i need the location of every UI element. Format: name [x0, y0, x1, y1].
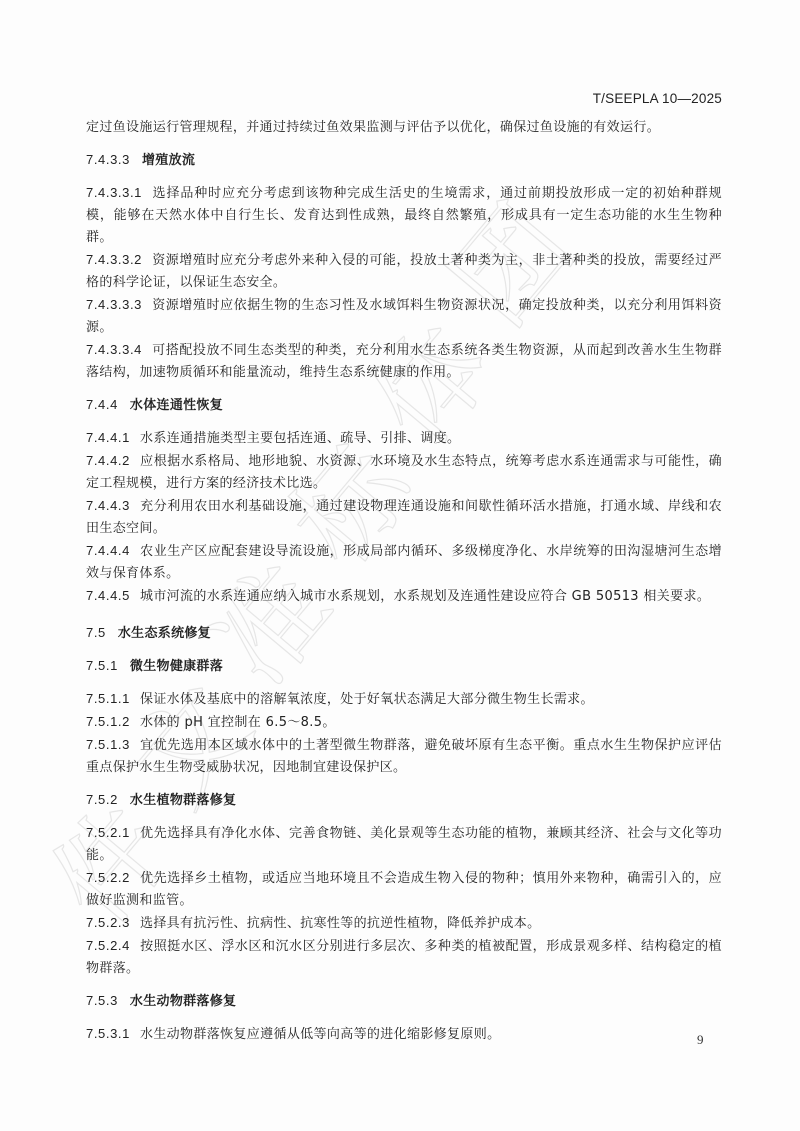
heading-7-4-4: 7.4.4水体连通性恢复	[86, 394, 722, 417]
clause-number: 7.4.3.3.3	[86, 297, 142, 312]
section-title: 水生态系统修复	[118, 626, 211, 641]
clause-number: 7.5.2.3	[86, 915, 130, 930]
clause-text: 保证水体及基底中的溶解氧浓度，处于好氧状态满足大部分微生物生长需求。	[140, 692, 594, 707]
clause-text: 按照挺水区、浮水区和沉水区分别进行多层次、多种类的植被配置，形成景观多样、结构稳…	[86, 939, 722, 976]
clause-7-5-2-3: 7.5.2.3选择具有抗污性、抗病性、抗寒性等的抗逆性植物，降低养护成本。	[86, 912, 722, 935]
clause-7-4-4-2: 7.4.4.2应根据水系格局、地形地貌、水资源、水环境及水生态特点，统筹考虑水系…	[86, 450, 722, 495]
section-title: 水体连通性恢复	[130, 398, 223, 413]
section-number: 7.5	[86, 625, 106, 640]
section-number: 7.5.3	[86, 993, 118, 1008]
clause-7-4-3-3-4: 7.4.3.3.4可搭配投放不同生态类型的种类，充分利用水生态系统各类生物资源，…	[86, 339, 722, 384]
clause-7-4-4-3: 7.4.4.3充分利用农田水利基础设施，通过建设物理连通设施和间歇性循环活水措施…	[86, 495, 722, 540]
clause-text: 水体的 pH 宜控制在 6.5～8.5。	[140, 715, 336, 730]
clause-text: 水系连通措施类型主要包括连通、疏导、引排、调度。	[140, 431, 460, 446]
heading-7-5-2: 7.5.2水生植物群落修复	[86, 789, 722, 812]
clause-text: 充分利用农田水利基础设施，通过建设物理连通设施和间歇性循环活水措施，打通水域、岸…	[86, 499, 722, 536]
document-code: T/SEEPLA 10—2025	[593, 91, 722, 106]
clause-text: 可搭配投放不同生态类型的种类，充分利用水生态系统各类生物资源，从而起到改善水生生…	[86, 343, 722, 380]
clause-text: 选择具有抗污性、抗病性、抗寒性等的抗逆性植物，降低养护成本。	[140, 916, 541, 931]
section-title: 增殖放流	[142, 153, 195, 168]
clause-number: 7.5.1.2	[86, 714, 130, 729]
clause-number: 7.4.4.2	[86, 453, 130, 468]
page-number: 9	[697, 1032, 704, 1048]
clause-text: 选择品种时应充分考虑到该物种完成生活史的生境需求，通过前期投放形成一定的初始种群…	[86, 186, 722, 245]
section-title: 水生动物群落修复	[130, 994, 236, 1009]
clause-7-5-2-1: 7.5.2.1优先选择具有净化水体、完善食物链、美化景观等生态功能的植物，兼顾其…	[86, 822, 722, 867]
heading-7-4-3-3: 7.4.3.3增殖放流	[86, 149, 722, 172]
clause-number: 7.5.2.4	[86, 938, 130, 953]
heading-7-5-3: 7.5.3水生动物群落修复	[86, 990, 722, 1013]
clause-7-5-1-3: 7.5.1.3宜优先选用本区域水体中的土著型微生物群落，避免破坏原有生态平衡。重…	[86, 734, 722, 779]
clause-7-4-4-4: 7.4.4.4农业生产区应配套建设导流设施，形成局部内循环、多级梯度净化、水岸统…	[86, 540, 722, 585]
clause-number: 7.4.3.3.2	[86, 252, 142, 267]
clause-number: 7.5.1.3	[86, 737, 130, 752]
clause-number: 7.5.2.2	[86, 870, 130, 885]
clause-number: 7.4.4.1	[86, 430, 130, 445]
section-number: 7.4.4	[86, 397, 118, 412]
heading-7-5-1: 7.5.1微生物健康群落	[86, 655, 722, 678]
clause-7-4-4-5: 7.4.4.5城市河流的水系连通应纳入城市水系规划，水系规划及连通性建设应符合 …	[86, 585, 722, 608]
clause-text: 应根据水系格局、地形地貌、水资源、水环境及水生态特点，统筹考虑水系连通需求与可能…	[86, 454, 722, 491]
clause-text: 水生动物群落恢复应遵循从低等向高等的进化缩影修复原则。	[140, 1027, 500, 1042]
clause-text: 农业生产区应配套建设导流设施，形成局部内循环、多级梯度净化、水岸统筹的田沟湿塘河…	[86, 544, 722, 581]
document-body: 定过鱼设施运行管理规程，并通过持续过鱼效果监测与评估予以优化，确保过鱼设施的有效…	[86, 117, 722, 1046]
section-title: 水生植物群落修复	[130, 793, 236, 808]
document-page: 团 体 标 准 文 件 T/SEEPLA 10—2025 定过鱼设施运行管理规程…	[0, 0, 800, 1131]
clause-text: 资源增殖时应充分考虑外来种入侵的可能，投放土著种类为主，非土著种类的投放，需要经…	[86, 253, 722, 290]
clause-7-4-3-3-1: 7.4.3.3.1选择品种时应充分考虑到该物种完成生活史的生境需求，通过前期投放…	[86, 182, 722, 249]
clause-7-5-3-1: 7.5.3.1水生动物群落恢复应遵循从低等向高等的进化缩影修复原则。	[86, 1023, 722, 1046]
clause-7-4-4-1: 7.4.4.1水系连通措施类型主要包括连通、疏导、引排、调度。	[86, 427, 722, 450]
section-title: 微生物健康群落	[130, 659, 223, 674]
clause-number: 7.5.2.1	[86, 825, 130, 840]
clause-number: 7.5.1.1	[86, 691, 130, 706]
clause-number: 7.4.3.3.4	[86, 342, 142, 357]
clause-7-4-3-3-3: 7.4.3.3.3资源增殖时应依据生物的生态习性及水域饵料生物资源状况，确定投放…	[86, 294, 722, 339]
section-number: 7.5.2	[86, 792, 118, 807]
clause-7-4-3-3-2: 7.4.3.3.2资源增殖时应充分考虑外来种入侵的可能，投放土著种类为主，非土著…	[86, 249, 722, 294]
clause-7-5-1-1: 7.5.1.1保证水体及基底中的溶解氧浓度，处于好氧状态满足大部分微生物生长需求…	[86, 688, 722, 711]
clause-7-5-2-4: 7.5.2.4按照挺水区、浮水区和沉水区分别进行多层次、多种类的植被配置，形成景…	[86, 935, 722, 980]
heading-7-5: 7.5水生态系统修复	[86, 622, 722, 645]
clause-number: 7.5.3.1	[86, 1026, 130, 1041]
clause-number: 7.4.4.3	[86, 498, 130, 513]
paragraph-intro: 定过鱼设施运行管理规程，并通过持续过鱼效果监测与评估予以优化，确保过鱼设施的有效…	[86, 117, 722, 139]
clause-7-5-2-2: 7.5.2.2优先选择乡土植物，或适应当地环境且不会造成生物入侵的物种；慎用外来…	[86, 867, 722, 912]
clause-7-5-1-2: 7.5.1.2水体的 pH 宜控制在 6.5～8.5。	[86, 711, 722, 734]
clause-text: 优先选择乡土植物，或适应当地环境且不会造成生物入侵的物种；慎用外来物种，确需引入…	[86, 871, 722, 908]
section-number: 7.5.1	[86, 658, 118, 673]
section-number: 7.4.3.3	[86, 152, 130, 167]
clause-text: 宜优先选用本区域水体中的土著型微生物群落，避免破坏原有生态平衡。重点水生生物保护…	[86, 738, 722, 775]
clause-number: 7.4.3.3.1	[86, 185, 142, 200]
clause-text: 资源增殖时应依据生物的生态习性及水域饵料生物资源状况，确定投放种类，以充分利用饵…	[86, 298, 722, 335]
clause-text: 城市河流的水系连通应纳入城市水系规划，水系规划及连通性建设应符合 GB 5051…	[140, 589, 710, 604]
clause-text: 优先选择具有净化水体、完善食物链、美化景观等生态功能的植物，兼顾其经济、社会与文…	[86, 826, 722, 863]
clause-number: 7.4.4.5	[86, 588, 130, 603]
clause-number: 7.4.4.4	[86, 543, 130, 558]
